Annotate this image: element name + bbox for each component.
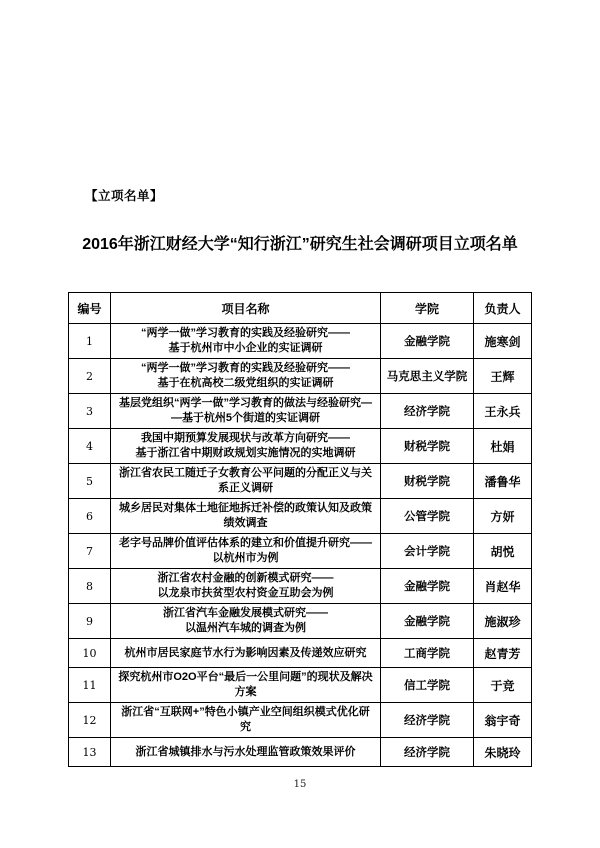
cell-leader: 方妍: [474, 499, 532, 534]
cell-college: 经济学院: [381, 738, 474, 767]
cell-leader: 施寒剑: [474, 324, 532, 359]
cell-number: 11: [69, 668, 111, 703]
cell-leader: 胡悦: [474, 534, 532, 569]
cell-project-name: 老字号品牌价值评估体系的建立和价值提升研究—— 以杭州市为例: [111, 534, 381, 569]
cell-project-name: 基层党组织“两学一做”学习教育的做法与经验研究— —基于杭州5个街道的实证调研: [111, 394, 381, 429]
cell-number: 9: [69, 604, 111, 639]
table-row: 9 浙江省汽车金融发展模式研究—— 以温州汽车城的调查为例 金融学院 施淑珍: [69, 604, 532, 639]
cell-college: 经济学院: [381, 703, 474, 738]
page-number: 15: [0, 779, 600, 790]
cell-college: 公管学院: [381, 499, 474, 534]
cell-number: 8: [69, 569, 111, 604]
cell-project-name: 我国中期预算发展现状与改革方向研究—— 基于浙江省中期财政规划实施情况的实地调研: [111, 429, 381, 464]
cell-project-name: 杭州市居民家庭节水行为影响因素及传递效应研究: [111, 639, 381, 668]
table-row: 11 探究杭州市O2O平台“最后一公里问题”的现状及解决 方案 信工学院 于竞: [69, 668, 532, 703]
cell-project-name: 浙江省农村金融的创新模式研究—— 以龙泉市扶贫型农村资金互助会为例: [111, 569, 381, 604]
projects-table: 编号 项目名称 学院 负责人 1 “两学一做”学习教育的实践及经验研究—— 基于…: [68, 292, 532, 767]
header-cell-number: 编号: [69, 293, 111, 324]
table-row: 12 浙江省“互联网+”特色小镇产业空间组织模式优化研 究 经济学院 翁宇奇: [69, 703, 532, 738]
cell-number: 1: [69, 324, 111, 359]
document-title: 2016年浙江财经大学“知行浙江”研究生社会调研项目立项名单: [75, 234, 525, 256]
table-row: 4 我国中期预算发展现状与改革方向研究—— 基于浙江省中期财政规划实施情况的实地…: [69, 429, 532, 464]
cell-college: 金融学院: [381, 604, 474, 639]
table-row: 2 “两学一做”学习教育的实践及经验研究—— 基于在杭高校二级党组织的实证调研 …: [69, 359, 532, 394]
cell-number: 4: [69, 429, 111, 464]
cell-leader: 赵青芳: [474, 639, 532, 668]
table-row: 13 浙江省城镇排水与污水处理监管政策效果评价 经济学院 朱晓玲: [69, 738, 532, 767]
cell-leader: 王永兵: [474, 394, 532, 429]
section-label: 【立项名单】: [85, 186, 163, 204]
cell-project-name: 浙江省汽车金融发展模式研究—— 以温州汽车城的调查为例: [111, 604, 381, 639]
cell-leader: 朱晓玲: [474, 738, 532, 767]
cell-project-name: 浙江省“互联网+”特色小镇产业空间组织模式优化研 究: [111, 703, 381, 738]
cell-number: 6: [69, 499, 111, 534]
cell-leader: 杜娟: [474, 429, 532, 464]
cell-college: 金融学院: [381, 569, 474, 604]
header-cell-college: 学院: [381, 293, 474, 324]
document-page: 【立项名单】 2016年浙江财经大学“知行浙江”研究生社会调研项目立项名单 编号…: [0, 0, 600, 848]
cell-college: 财税学院: [381, 464, 474, 499]
cell-college: 财税学院: [381, 429, 474, 464]
cell-number: 13: [69, 738, 111, 767]
table-row: 1 “两学一做”学习教育的实践及经验研究—— 基于杭州市中小企业的实证调研 金融…: [69, 324, 532, 359]
cell-leader: 施淑珍: [474, 604, 532, 639]
cell-college: 马克思主义学院: [381, 359, 474, 394]
cell-project-name: 浙江省城镇排水与污水处理监管政策效果评价: [111, 738, 381, 767]
cell-college: 信工学院: [381, 668, 474, 703]
cell-number: 12: [69, 703, 111, 738]
cell-project-name: “两学一做”学习教育的实践及经验研究—— 基于在杭高校二级党组织的实证调研: [111, 359, 381, 394]
cell-number: 7: [69, 534, 111, 569]
cell-college: 工商学院: [381, 639, 474, 668]
table-row: 7 老字号品牌价值评估体系的建立和价值提升研究—— 以杭州市为例 会计学院 胡悦: [69, 534, 532, 569]
table-row: 6 城乡居民对集体土地征地拆迁补偿的政策认知及政策 绩效调查 公管学院 方妍: [69, 499, 532, 534]
table-row: 10 杭州市居民家庭节水行为影响因素及传递效应研究 工商学院 赵青芳: [69, 639, 532, 668]
table-header-row: 编号 项目名称 学院 负责人: [69, 293, 532, 324]
cell-leader: 肖赵华: [474, 569, 532, 604]
table-row: 3 基层党组织“两学一做”学习教育的做法与经验研究— —基于杭州5个街道的实证调…: [69, 394, 532, 429]
cell-leader: 王辉: [474, 359, 532, 394]
cell-college: 经济学院: [381, 394, 474, 429]
cell-college: 金融学院: [381, 324, 474, 359]
cell-project-name: 浙江省农民工随迁子女教育公平问题的分配正义与关 系正义调研: [111, 464, 381, 499]
cell-leader: 于竞: [474, 668, 532, 703]
cell-project-name: 探究杭州市O2O平台“最后一公里问题”的现状及解决 方案: [111, 668, 381, 703]
table-body: 1 “两学一做”学习教育的实践及经验研究—— 基于杭州市中小企业的实证调研 金融…: [69, 324, 532, 767]
cell-number: 5: [69, 464, 111, 499]
table-row: 8 浙江省农村金融的创新模式研究—— 以龙泉市扶贫型农村资金互助会为例 金融学院…: [69, 569, 532, 604]
header-cell-project: 项目名称: [111, 293, 381, 324]
cell-number: 3: [69, 394, 111, 429]
cell-project-name: “两学一做”学习教育的实践及经验研究—— 基于杭州市中小企业的实证调研: [111, 324, 381, 359]
table-row: 5 浙江省农民工随迁子女教育公平问题的分配正义与关 系正义调研 财税学院 潘鲁华: [69, 464, 532, 499]
cell-leader: 翁宇奇: [474, 703, 532, 738]
cell-number: 2: [69, 359, 111, 394]
cell-leader: 潘鲁华: [474, 464, 532, 499]
cell-college: 会计学院: [381, 534, 474, 569]
cell-project-name: 城乡居民对集体土地征地拆迁补偿的政策认知及政策 绩效调查: [111, 499, 381, 534]
header-cell-leader: 负责人: [474, 293, 532, 324]
cell-number: 10: [69, 639, 111, 668]
